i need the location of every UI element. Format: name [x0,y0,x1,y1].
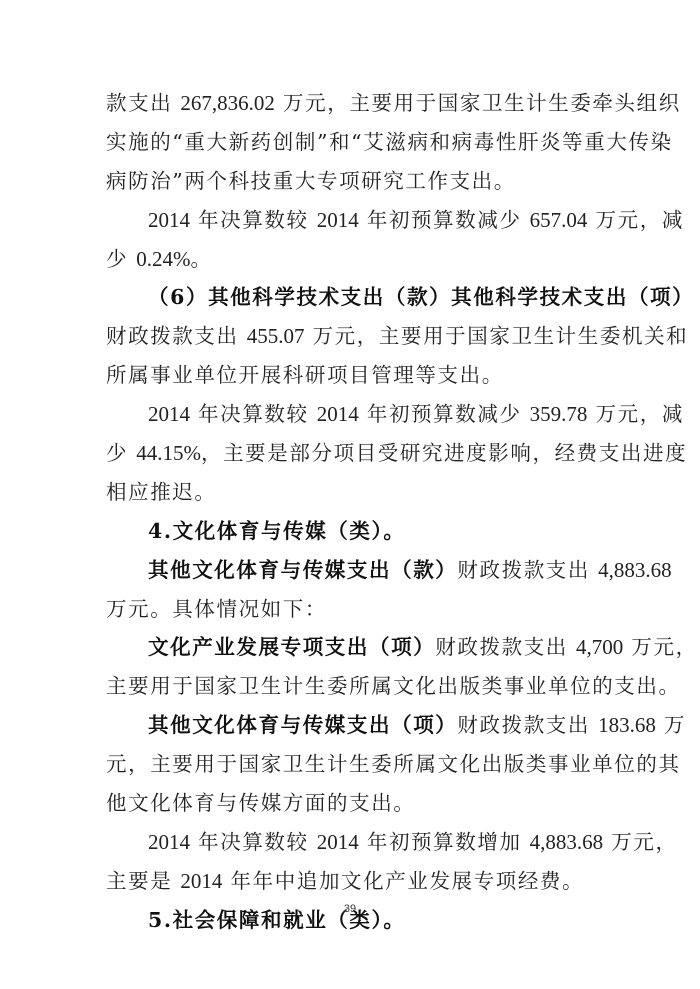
body-text: 万元，主要用于国家卫生计生委机关和 [304,324,688,348]
body-text: 年决算数较 [190,208,317,232]
text-line: 主要用于国家卫生计生委所属文化出版类事业单位的支出。 [106,667,600,706]
body-text: 万元， [603,830,677,854]
text-line: 其他文化体育与传媒支出（项）财政拨款支出 183.68 万 [106,706,600,745]
text-line: 其他文化体育与传媒支出（款）财政拨款支出 4,883.68 [106,551,600,590]
bold-heading-text: 其他文化体育与传媒支出（项） [148,713,457,737]
body-text: 少 [106,247,136,271]
body-text: 少 [106,441,136,465]
body-text: 年初预算数减少 [359,402,530,426]
numeric-value: 2014 [317,830,359,854]
bold-heading-text: （6）其他科学技术支出（款）其他科学技术支出（项） [148,285,694,309]
numeric-value: 2014 [317,402,359,426]
body-text: 元，主要用于国家卫生计生委所属文化出版类事业单位的其 [106,752,681,776]
numeric-value: 2014 [148,208,190,232]
body-text: 年年中追加文化产业发展专项经费。 [222,869,584,893]
body-text: 财政拨款支出 [435,635,576,659]
body-text: 年初预算数增加 [359,830,530,854]
body-text: 年初预算数减少 [359,208,530,232]
numeric-value: 2014 [148,830,190,854]
numeric-value: 4,883.68 [530,830,604,854]
body-text: 万元，减 [587,208,684,232]
body-text: 万元，减 [587,402,684,426]
body-text: 年决算数较 [190,830,317,854]
bold-heading-text: 文化产业发展专项支出（项） [148,635,435,659]
body-text: 万 [656,713,686,737]
body-text: 所属事业单位开展科研项目管理等支出。 [106,363,504,387]
text-line: 所属事业单位开展科研项目管理等支出。 [106,356,600,395]
numeric-value: 0.24% [136,247,190,271]
body-text: 病防治”两个科技重大专项研究工作支出。 [106,169,516,193]
bold-heading-text: 其他文化体育与传媒支出（款） [148,558,457,582]
numeric-value: 183.68 [598,713,656,737]
document-body: 款支出 267,836.02 万元，主要用于国家卫生计生委牵头组织实施的“重大新… [106,84,600,940]
text-line: 万元。具体情况如下： [106,590,600,629]
text-line: 2014 年决算数较 2014 年初预算数减少 359.78 万元，减 [106,395,600,434]
body-text: 年决算数较 [190,402,317,426]
numeric-value: 267,836.02 [180,91,275,115]
numeric-value: 4,883.68 [598,558,672,582]
text-line: 实施的“重大新药创制”和“艾滋病和病毒性肝炎等重大传染 [106,123,600,162]
body-text: 主要是 [106,869,180,893]
numeric-value: 2014 [180,869,222,893]
body-text: 。 [190,247,212,271]
body-text: 财政拨款支出 [457,558,598,582]
numeric-value: 2014 [148,402,190,426]
text-line: 相应推迟。 [106,473,600,512]
text-line: 文化产业发展专项支出（项）财政拨款支出 4,700 万元， [106,628,600,667]
numeric-value: 4,700 [576,635,623,659]
body-text: 实施的“重大新药创制”和“艾滋病和病毒性肝炎等重大传染 [106,130,673,154]
text-line: 他文化体育与传媒方面的支出。 [106,784,600,823]
bold-heading-text: 4.文化体育与传媒（类）。 [148,519,405,543]
body-text: 万元， [623,635,697,659]
body-text: 主要用于国家卫生计生委所属文化出版类事业单位的支出。 [106,674,681,698]
numeric-value: 44.15% [136,441,201,465]
body-text: 万元。具体情况如下： [106,597,327,621]
body-text: 万元，主要用于国家卫生计生委牵头组织 [275,91,681,115]
text-line: 元，主要用于国家卫生计生委所属文化出版类事业单位的其 [106,745,600,784]
text-line: 少 44.15%，主要是部分项目受研究进度影响，经费支出进度 [106,434,600,473]
text-line: 款支出 267,836.02 万元，主要用于国家卫生计生委牵头组织 [106,84,600,123]
text-line: （6）其他科学技术支出（款）其他科学技术支出（项） [106,278,600,317]
body-text: 财政拨款支出 [106,324,247,348]
text-line: 2014 年决算数较 2014 年初预算数增加 4,883.68 万元， [106,823,600,862]
numeric-value: 455.07 [247,324,305,348]
body-text: 财政拨款支出 [457,713,598,737]
numeric-value: 657.04 [530,208,588,232]
text-line: 4.文化体育与传媒（类）。 [106,512,600,551]
numeric-value: 359.78 [530,402,588,426]
body-text: ，主要是部分项目受研究进度影响，经费支出进度 [201,441,687,465]
body-text: 相应推迟。 [106,480,217,504]
text-line: 2014 年决算数较 2014 年初预算数减少 657.04 万元，减 [106,201,600,240]
text-line: 少 0.24%。 [106,240,600,279]
text-line: 财政拨款支出 455.07 万元，主要用于国家卫生计生委机关和 [106,317,600,356]
body-text: 款支出 [106,91,180,115]
numeric-value: 2014 [317,208,359,232]
text-line: 病防治”两个科技重大专项研究工作支出。 [106,162,600,201]
body-text: 他文化体育与传媒方面的支出。 [106,791,415,815]
text-line: 主要是 2014 年年中追加文化产业发展专项经费。 [106,862,600,901]
page-number: 39 [0,903,700,915]
